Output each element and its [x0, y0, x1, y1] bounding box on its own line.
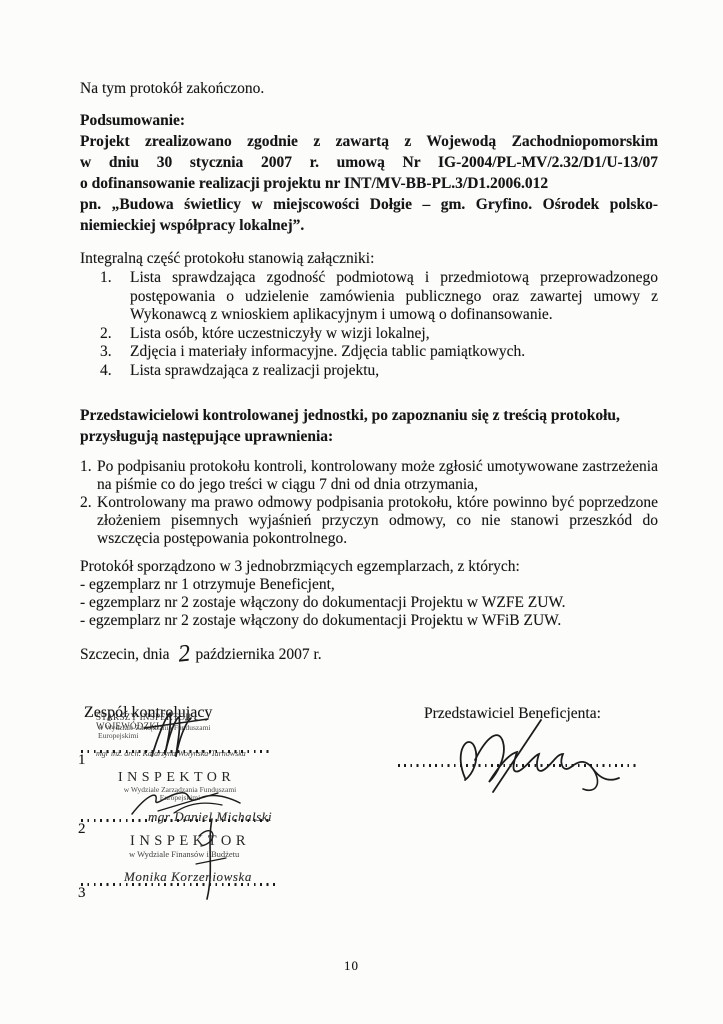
- attachment-item-number: 3.: [80, 343, 130, 362]
- attachment-item-number: 1.: [80, 269, 130, 325]
- summary-paragraph: Projekt zrealizowano zgodnie z zawartą z…: [80, 131, 658, 236]
- document-body: Na tym protokół zakończono. Podsumowanie…: [80, 78, 658, 665]
- attachment-item: 4. Lista sprawdzająca z realizacji proje…: [80, 362, 658, 381]
- summary-line: Projekt zrealizowano zgodnie z zawartą z…: [80, 131, 658, 152]
- scan-speck: [437, 622, 440, 625]
- summary-heading: Podsumowanie:: [80, 110, 658, 131]
- attachment-item: 1. Lista sprawdzająca zgodność podmiotow…: [80, 269, 658, 325]
- copies-heading: Protokół sporządzono w 3 jednobrzmiących…: [80, 558, 658, 576]
- rights-item-text: Kontrolowany ma prawo odmowy podpisania …: [97, 494, 658, 547]
- rights-item-text: Po podpisaniu protokołu kontroli, kontro…: [97, 458, 658, 493]
- attachment-item-number: 4.: [80, 362, 130, 381]
- summary-line: w dniu 30 stycznia 2007 r. umową Nr IG-2…: [80, 152, 658, 173]
- stamp-title: INSPEKTOR: [118, 771, 235, 785]
- summary-line: pn. „Budowa świetlicy w miejscowości Doł…: [80, 194, 658, 215]
- stamp-title: INSPEKTOR: [130, 834, 250, 849]
- document-page: Na tym protokół zakończono. Podsumowanie…: [0, 0, 723, 1024]
- rights-heading: Przedstawicielowi kontrolowanej jednostk…: [80, 406, 658, 447]
- dotted-line: [81, 819, 271, 822]
- copy-item: - egzemplarz nr 2 zostaje włączony do do…: [80, 612, 658, 630]
- attachment-item-text: Lista sprawdzająca z realizacji projektu…: [130, 362, 658, 381]
- attachment-item-number: 2.: [80, 325, 130, 344]
- rights-list: 1. Po podpisaniu protokołu kontroli, kon…: [80, 458, 658, 548]
- attachment-item: 2. Lista osób, które uczestniczyły w wiz…: [80, 325, 658, 344]
- copy-item: - egzemplarz nr 1 otrzymuje Beneficjent,: [80, 576, 658, 594]
- attachments-list: 1. Lista sprawdzająca zgodność podmiotow…: [80, 269, 658, 380]
- signature-line-number: 1: [78, 750, 86, 771]
- handwritten-day: 2: [177, 644, 191, 663]
- signature-area: Zespół kontrolujący Przedstawiciel Benef…: [0, 700, 723, 930]
- date-suffix: października 2007 r.: [196, 646, 322, 663]
- dotted-line: [81, 750, 269, 753]
- summary-line: o dofinansowanie realizacji projektu nr …: [80, 173, 658, 194]
- attachment-item: 3. Zdjęcia i materiały informacyjne. Zdj…: [80, 343, 658, 362]
- attachments-heading: Integralną część protokołu stanowią załą…: [80, 248, 658, 269]
- closing-line: Na tym protokół zakończono.: [80, 78, 658, 99]
- rights-heading-line: przysługują następujące uprawnienia:: [80, 427, 658, 448]
- rights-item: 2. Kontrolowany ma prawo odmowy podpisan…: [80, 494, 658, 548]
- rights-item: 1. Po podpisaniu protokołu kontroli, kon…: [80, 458, 658, 494]
- attachment-item-text: Zdjęcia i materiały informacyjne. Zdjęci…: [130, 343, 658, 362]
- summary-line: niemieckiej współpracy lokalnej”.: [80, 215, 658, 236]
- attachment-item-text: Lista osób, które uczestniczyły w wizji …: [130, 325, 658, 344]
- handwritten-signature-beneficiary: [443, 716, 639, 796]
- signature-line-number: 3: [78, 883, 86, 904]
- copy-item: - egzemplarz nr 2 zostaje włączony do do…: [80, 594, 658, 612]
- rights-item-number: 2.: [80, 494, 92, 512]
- copies-section: Protokół sporządzono w 3 jednobrzmiących…: [80, 558, 658, 630]
- rights-heading-line: Przedstawicielowi kontrolowanej jednostk…: [80, 406, 658, 427]
- dotted-line: [81, 883, 276, 886]
- page-number: 10: [344, 955, 359, 976]
- signature-line-number: 2: [78, 819, 86, 840]
- attachment-item-text: Lista sprawdzająca zgodność podmiotową i…: [130, 269, 658, 325]
- place-date-line: Szczecin, dnia2października 2007 r.: [80, 643, 658, 665]
- rights-item-number: 1.: [80, 458, 92, 476]
- date-prefix: Szczecin, dnia: [80, 646, 170, 663]
- handwritten-signature-monika: [194, 818, 228, 900]
